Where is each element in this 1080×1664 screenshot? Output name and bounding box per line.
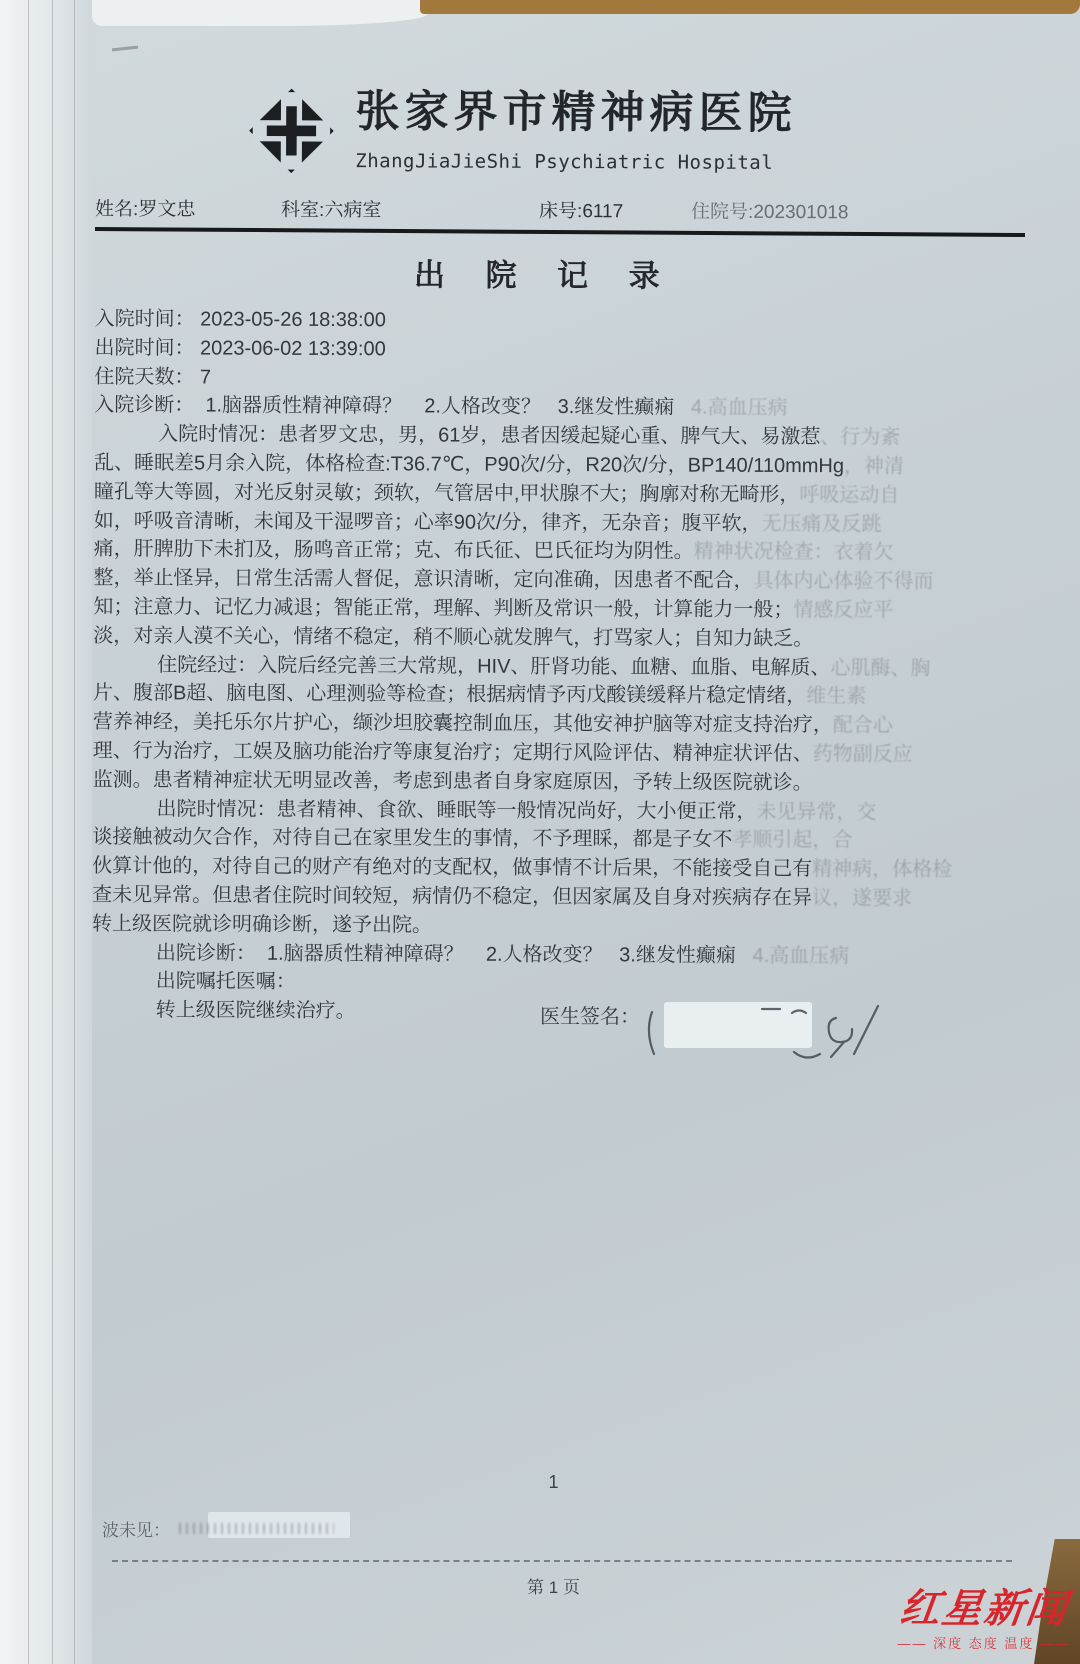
header-divider <box>95 227 1025 237</box>
document-line: 营养神经，美托乐尔片护心，缬沙坦胶囊控制血压，其他安神护脑等对症支持治疗，配合心 <box>93 708 1023 741</box>
line-text: 监测。患者精神症状无明显改善，考虑到患者自身家庭原因，予转上级医院就诊。 <box>93 769 813 794</box>
document-line: 查未见异常。但患者住院时间较短，病情仍不稳定，但因家属及自身对疾病存在异议，遂要… <box>92 881 1022 914</box>
document-line: 伙算计他的，对待自己的财产有绝对的支配权，做事情不计后果，不能接受自己有精神病，… <box>92 852 1022 885</box>
doctor-signature-row: 医生签名： <box>540 1000 889 1064</box>
line-text: 伙算计他的，对待自己的财产有绝对的支配权，做事情不计后果，不能接受自己有 <box>92 855 812 880</box>
document-line: 住院经过：入院后经完善三大常规，HIV、肝肾功能、血糖、血脂、电解质、心肌酶、胸 <box>93 651 1023 684</box>
line-text-faded: 精神状况检查：衣着欠 <box>694 541 894 564</box>
document-line: 入院时间： 2023-05-26 18:38:00 <box>95 305 1025 338</box>
footnote-row: 波未见： <box>102 1516 334 1541</box>
line-text-faded: 药物副反应 <box>813 743 913 765</box>
line-text-faded: 精神病，体格检 <box>812 858 952 881</box>
document-title: 出 院 记 录 <box>95 248 995 297</box>
document-line: 乱、睡眠差5月余入院，体格检查:T36.7℃，P90次/分，R20次/分，BP1… <box>94 449 1024 482</box>
line-text: 入院时情况：患者罗文忠，男，61岁，患者因缓起疑心重、脾气大、易激惹 <box>158 423 820 448</box>
doctor-signature-label: 医生签名： <box>540 1000 640 1029</box>
line-text: 营养神经，美托乐尔片护心，缬沙坦胶囊控制血压，其他安神护脑等对症支持治疗， <box>93 711 833 736</box>
line-text-faded: 议，遂要求 <box>812 887 912 909</box>
line-text: 入院时间： 2023-05-26 18:38:00 <box>95 308 386 331</box>
document-line: 出院诊断： 1.脑器质性精神障碍？ 2.人格改变？ 3.继发性癫痫 4.高血压病 <box>92 939 1022 972</box>
document-line: 知；注意力、记忆力减退；智能正常，理解、判断及常识一般，计算能力一般；情感反应平 <box>93 593 1023 626</box>
line-text: 谈接触被动欠合作，对待自己在家里发生的事情，不予理睬，都是子女不 <box>92 826 732 851</box>
document-line: 瞳孔等大等圆，对光反射灵敏；颈软，气管居中,甲状腺不大；胸廓对称无畸形，呼吸运动… <box>94 478 1024 511</box>
line-text: 出院时情况：患者精神、食欲、睡眠等一般情况尚好，大小便正常， <box>156 798 756 823</box>
document-line: 淡，对亲人漠不关心，情绪不稳定，稍不顺心就发脾气，打骂家人；自知力缺乏。 <box>93 622 1023 655</box>
line-text: 痛，肝脾肋下未扪及，肠鸣音正常；克、布氏征、巴氏征均为阴性。 <box>94 538 694 563</box>
document-line: 入院时情况：患者罗文忠，男，61岁，患者因缓起疑心重、脾气大、易激惹、行为紊 <box>94 420 1024 453</box>
document-line: 监测。患者精神症状无明显改善，考虑到患者自身家庭原因，予转上级医院就诊。 <box>93 766 1023 799</box>
line-text-faded: 4.高血压病 <box>674 397 787 419</box>
line-text: 转上级医院就诊明确诊断，遂予出院。 <box>92 913 432 936</box>
line-text: 知；注意力、记忆力减退；智能正常，理解、判断及常识一般，计算能力一般； <box>93 596 793 621</box>
patient-admission-number: 住院号:202301018 <box>691 197 849 225</box>
line-text-faded: 4.高血压病 <box>736 944 849 966</box>
page-number: 1 <box>96 1472 1011 1493</box>
page-edge-line <box>74 0 75 1664</box>
footnote-illegible-text <box>179 1523 334 1534</box>
line-text-faded: 、行为紊 <box>820 426 900 448</box>
document-line: 痛，肝脾肋下未扪及，肠鸣音正常；克、布氏征、巴氏征均为阴性。精神状况检查：衣着欠 <box>94 535 1024 568</box>
line-text-faded: 孝顺引起，合 <box>732 829 852 852</box>
page-edge-line <box>28 0 29 1664</box>
line-text: 转上级医院继续治疗。 <box>156 999 356 1022</box>
patient-info-bar: 姓名:罗文忠 科室:六病室 床号:6117 住院号:202301018 <box>95 194 1025 225</box>
page-edge-line <box>52 0 53 1664</box>
document-line: 片、腹部B超、脑电图、心理测验等检查；根据病情予丙戊酸镁缓释片稳定情绪，维生素 <box>93 679 1023 712</box>
hospital-name-zh: 张家界市精神病医院 <box>355 87 796 140</box>
hospital-names: 张家界市精神病医院 ZhangJiaJieShi Psychiatric Hos… <box>355 87 796 174</box>
line-text: 瞳孔等大等圆，对光反射灵敏；颈软，气管居中,甲状腺不大；胸廓对称无畸形， <box>94 481 800 506</box>
patient-department: 科室:六病室 <box>281 195 539 223</box>
line-text: 如，呼吸音清晰，未闻及干湿啰音；心率90次/分，律齐，无杂音；腹平软， <box>94 510 762 535</box>
patient-bed-number: 床号:6117 <box>539 196 691 224</box>
page-footer: 第 1 页 <box>96 1573 1011 1598</box>
hospital-cross-logo-icon <box>247 87 335 175</box>
patient-name: 姓名:罗文忠 <box>95 194 281 222</box>
hospital-header: 张家界市精神病医院 ZhangJiaJieShi Psychiatric Hos… <box>247 87 1025 178</box>
line-text-faded: 配合心 <box>833 714 893 736</box>
line-text-faded: 未见异常，交 <box>756 800 876 823</box>
document-line: 理、行为治疗，工娱及脑功能治疗等康复治疗；定期行风险评估、精神症状评估、药物副反… <box>93 737 1023 770</box>
line-text: 淡，对亲人漠不关心，情绪不稳定，稍不顺心就发脾气，打骂家人；自知力缺乏。 <box>93 625 813 650</box>
footnote-label: 波未见： <box>102 1516 170 1541</box>
line-text: 入院诊断： 1.脑器质性精神障碍？ 2.人格改变？ 3.继发性癫痫 <box>94 394 674 419</box>
news-logo-text: 红星新闻 <box>895 1589 1072 1629</box>
doctor-signature <box>644 1000 889 1064</box>
document-line: 出院时情况：患者精神、食欲、睡眠等一般情况尚好，大小便正常，未见异常，交 <box>92 795 1022 828</box>
line-text-faded: 呼吸运动自 <box>799 484 899 506</box>
news-logo-tagline: —— 深度 态度 温度 —— <box>898 1633 1070 1652</box>
line-text-faded: ，神清 <box>844 455 904 477</box>
line-text: 出院时间： 2023-06-02 13:39:00 <box>94 337 385 360</box>
line-text: 整，举止怪异，日常生活需人督促，意识清晰，定向准确，因患者不配合， <box>93 567 753 592</box>
document-line: 谈接触被动欠合作，对待自己在家里发生的事情，不予理睬，都是子女不孝顺引起，合 <box>92 823 1022 856</box>
line-text-faded: 心肌酶、胸 <box>830 657 930 679</box>
line-text-faded: 情感反应平 <box>793 599 893 621</box>
document-line: 住院天数： 7 <box>94 363 1024 396</box>
line-text: 住院经过：入院后经完善三大常规，HIV、肝肾功能、血糖、血脂、电解质、 <box>157 654 830 679</box>
document-line: 出院时间： 2023-06-02 13:39:00 <box>94 334 1024 367</box>
line-text-faded: 具体内心体验不得而 <box>753 570 933 593</box>
document-line: 整，举止怪异，日常生活需人督促，意识清晰，定向准确，因患者不配合，具体内心体验不… <box>93 564 1023 597</box>
line-text: 乱、睡眠差5月余入院，体格检查:T36.7℃，P90次/分，R20次/分，BP1… <box>94 452 844 477</box>
line-text: 查未见异常。但患者住院时间较短，病情仍不稳定，但因家属及自身对疾病存在异 <box>92 884 812 909</box>
line-text: 住院天数： 7 <box>94 366 211 389</box>
footer-divider <box>112 1560 1012 1562</box>
document-line: 出院嘱托医嘱： <box>92 967 1022 1000</box>
line-text: 理、行为治疗，工娱及脑功能治疗等康复治疗；定期行风险评估、精神症状评估、 <box>93 740 813 765</box>
line-text-faded: 维生素 <box>806 685 866 707</box>
document-line: 入院诊断： 1.脑器质性精神障碍？ 2.人格改变？ 3.继发性癫痫 4.高血压病 <box>94 391 1024 424</box>
document-page: 张家界市精神病医院 ZhangJiaJieShi Psychiatric Hos… <box>92 0 1026 1029</box>
line-text: 片、腹部B超、脑电图、心理测验等检查；根据病情予丙戊酸镁缓释片稳定情绪， <box>93 682 806 707</box>
document-line: 转上级医院就诊明确诊断，遂予出院。 <box>92 910 1022 943</box>
paper-stack-edge <box>0 0 92 1664</box>
signature-scribble-icon <box>644 1000 889 1064</box>
line-text: 出院嘱托医嘱： <box>156 971 296 994</box>
document-photo: { "header": { "hospital_name_zh": "张家界市精… <box>0 0 1080 1664</box>
hospital-name-en: ZhangJiaJieShi Psychiatric Hospital <box>355 150 796 174</box>
news-watermark: 红星新闻 —— 深度 态度 温度 —— <box>898 1589 1070 1652</box>
line-text-faded: 无压痛及反跳 <box>761 512 881 535</box>
document-body: 入院时间： 2023-05-26 18:38:00出院时间： 2023-06-0… <box>92 305 1025 1029</box>
document-line: 如，呼吸音清晰，未闻及干湿啰音；心率90次/分，律齐，无杂音；腹平软，无压痛及反… <box>94 507 1024 540</box>
line-text: 出院诊断： 1.脑器质性精神障碍？ 2.人格改变？ 3.继发性癫痫 <box>156 942 736 967</box>
